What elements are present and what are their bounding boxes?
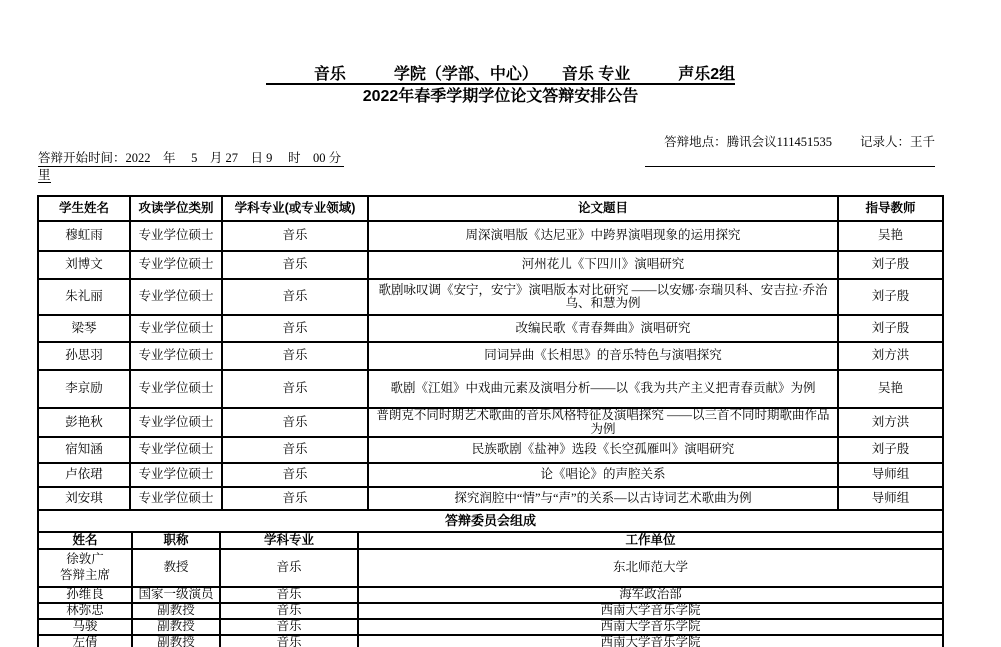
title-underlined-text: 音乐 学院（学部、中心） 音乐 专业 声乐2组 xyxy=(266,66,735,85)
col-header-member-unit: 工作单位 xyxy=(358,532,943,549)
thesis-title-cell: 民族歌剧《盐神》选段《长空孤雁叫》演唱研究 xyxy=(368,437,838,463)
thesis-title-cell: 改编民歌《青春舞曲》演唱研究 xyxy=(368,315,838,342)
student-name-cell: 刘安琪 xyxy=(38,487,130,510)
document-page: 音乐 学院（学部、中心） 音乐 专业 声乐2组 2022年春季学期学位论文答辩安… xyxy=(0,0,1001,647)
table-row: 刘安琪 专业学位硕士 音乐 探究润腔中“情”与“声”的关系—以古诗词艺术歌曲为例… xyxy=(38,487,943,510)
committee-row: 左倩 副教授 音乐 西南大学音乐学院 xyxy=(38,635,943,647)
student-name-cell: 卢依珺 xyxy=(38,463,130,487)
member-major-cell: 音乐 xyxy=(220,603,358,619)
committee-row: 马骏 副教授 音乐 西南大学音乐学院 xyxy=(38,619,943,635)
table-row: 宿知涵 专业学位硕士 音乐 民族歌剧《盐神》选段《长空孤雁叫》演唱研究 刘子殷 xyxy=(38,437,943,463)
member-unit-cell: 西南大学音乐学院 xyxy=(358,603,943,619)
member-unit-cell: 东北师范大学 xyxy=(358,549,943,587)
defense-location: 答辩地点：腾讯会议111451535 xyxy=(664,135,832,149)
table-row: 李京励 专业学位硕士 音乐 歌剧《江姐》中戏曲元素及演唱分析——以《我为共产主义… xyxy=(38,370,943,408)
col-header-degree-type: 攻读学位类别 xyxy=(130,196,222,221)
recorder-name: 记录人：王千 xyxy=(860,135,935,149)
member-title-cell: 副教授 xyxy=(132,619,220,635)
member-major-cell: 音乐 xyxy=(220,587,358,603)
degree-type-cell: 专业学位硕士 xyxy=(130,463,222,487)
defense-start-time: 答辩开始时间：2022 年 5 月 27 日 9 时 00 分 xyxy=(38,150,344,167)
student-name-cell: 宿知涵 xyxy=(38,437,130,463)
thesis-title-cell: 歌剧《江姐》中戏曲元素及演唱分析——以《我为共产主义把青春贡献》为例 xyxy=(368,370,838,408)
member-unit-cell: 海军政治部 xyxy=(358,587,943,603)
student-name-cell: 李京励 xyxy=(38,370,130,408)
major-cell: 音乐 xyxy=(222,279,368,315)
advisor-cell: 刘子殷 xyxy=(838,315,943,342)
thesis-title-cell: 普朗克不同时期艺术歌曲的音乐风格特征及演唱探究 ——以三首不同时期歌曲作品为例 xyxy=(368,408,838,437)
table-row: 穆虹雨 专业学位硕士 音乐 周深演唱版《达尼亚》中跨界演唱现象的运用探究 吴艳 xyxy=(38,221,943,251)
col-header-student-name: 学生姓名 xyxy=(38,196,130,221)
committee-banner: 答辩委员会组成 xyxy=(38,510,943,532)
advisor-cell: 吴艳 xyxy=(838,370,943,408)
recorder-wrap-line: 里 xyxy=(38,167,1001,183)
table-row: 朱礼丽 专业学位硕士 音乐 歌剧咏叹调《安宁，安宁》演唱版本对比研究 ——以安娜… xyxy=(38,279,943,315)
degree-type-cell: 专业学位硕士 xyxy=(130,221,222,251)
student-name-cell: 彭艳秋 xyxy=(38,408,130,437)
col-header-major: 学科专业(或专业领域) xyxy=(222,196,368,221)
member-major-cell: 音乐 xyxy=(220,619,358,635)
table-row: 卢依珺 专业学位硕士 音乐 论《唱论》的声腔关系 导师组 xyxy=(38,463,943,487)
student-name-cell: 朱礼丽 xyxy=(38,279,130,315)
document-title-line1: 音乐 学院（学部、中心） 音乐 专业 声乐2组 xyxy=(0,64,1001,86)
degree-type-cell: 专业学位硕士 xyxy=(130,315,222,342)
member-unit-cell: 西南大学音乐学院 xyxy=(358,619,943,635)
document-title-line2: 2022年春季学期学位论文答辩安排公告 xyxy=(0,86,1001,108)
thesis-title-cell: 周深演唱版《达尼亚》中跨界演唱现象的运用探究 xyxy=(368,221,838,251)
thesis-title-cell: 同词异曲《长相思》的音乐特色与演唱探究 xyxy=(368,342,838,370)
col-header-member-name: 姓名 xyxy=(38,532,132,549)
thesis-title-cell: 探究润腔中“情”与“声”的关系—以古诗词艺术歌曲为例 xyxy=(368,487,838,510)
table-row: 刘博文 专业学位硕士 音乐 河州花儿《下四川》演唱研究 刘子殷 xyxy=(38,251,943,279)
degree-type-cell: 专业学位硕士 xyxy=(130,251,222,279)
col-header-thesis-title: 论文题目 xyxy=(368,196,838,221)
member-name-cell: 徐敦广 答辩主席 xyxy=(38,549,132,587)
student-name-cell: 孙思羽 xyxy=(38,342,130,370)
major-cell: 音乐 xyxy=(222,408,368,437)
student-name-cell: 梁琴 xyxy=(38,315,130,342)
committee-row: 徐敦广 答辩主席 教授 音乐 东北师范大学 xyxy=(38,549,943,587)
advisor-cell: 刘子殷 xyxy=(838,437,943,463)
member-name: 徐敦广 xyxy=(42,552,128,568)
member-name-cell: 孙维良 xyxy=(38,587,132,603)
degree-type-cell: 专业学位硕士 xyxy=(130,408,222,437)
col-header-member-title: 职称 xyxy=(132,532,220,549)
major-cell: 音乐 xyxy=(222,342,368,370)
advisor-cell: 刘方洪 xyxy=(838,342,943,370)
major-cell: 音乐 xyxy=(222,487,368,510)
member-major-cell: 音乐 xyxy=(220,549,358,587)
member-major-cell: 音乐 xyxy=(220,635,358,647)
member-title-cell: 国家一级演员 xyxy=(132,587,220,603)
major-cell: 音乐 xyxy=(222,370,368,408)
member-name-cell: 马骏 xyxy=(38,619,132,635)
student-name-cell: 穆虹雨 xyxy=(38,221,130,251)
degree-type-cell: 专业学位硕士 xyxy=(130,437,222,463)
advisor-cell: 导师组 xyxy=(838,487,943,510)
col-header-advisor: 指导教师 xyxy=(838,196,943,221)
advisor-cell: 吴艳 xyxy=(838,221,943,251)
student-name-cell: 刘博文 xyxy=(38,251,130,279)
col-header-member-major: 学科专业 xyxy=(220,532,358,549)
member-role: 答辩主席 xyxy=(42,568,128,584)
table-row: 孙思羽 专业学位硕士 音乐 同词异曲《长相思》的音乐特色与演唱探究 刘方洪 xyxy=(38,342,943,370)
major-cell: 音乐 xyxy=(222,221,368,251)
advisor-cell: 刘子殷 xyxy=(838,251,943,279)
member-title-cell: 副教授 xyxy=(132,635,220,647)
degree-type-cell: 专业学位硕士 xyxy=(130,342,222,370)
degree-type-cell: 专业学位硕士 xyxy=(130,487,222,510)
committee-banner-row: 答辩委员会组成 xyxy=(38,510,943,532)
students-table: 学生姓名 攻读学位类别 学科专业(或专业领域) 论文题目 指导教师 穆虹雨 专业… xyxy=(37,195,944,533)
degree-type-cell: 专业学位硕士 xyxy=(130,370,222,408)
committee-header-row: 姓名 职称 学科专业 工作单位 xyxy=(38,532,943,549)
degree-type-cell: 专业学位硕士 xyxy=(130,279,222,315)
students-header-row: 学生姓名 攻读学位类别 学科专业(或专业领域) 论文题目 指导教师 xyxy=(38,196,943,221)
member-name-cell: 林弥忠 xyxy=(38,603,132,619)
thesis-title-cell: 歌剧咏叹调《安宁，安宁》演唱版本对比研究 ——以安娜·奈瑞贝科、安吉拉·乔治乌、… xyxy=(368,279,838,315)
thesis-title-cell: 河州花儿《下四川》演唱研究 xyxy=(368,251,838,279)
major-cell: 音乐 xyxy=(222,463,368,487)
major-cell: 音乐 xyxy=(222,437,368,463)
defense-location-recorder: 答辩地点：腾讯会议111451535记录人：王千 xyxy=(645,118,935,167)
member-title-cell: 副教授 xyxy=(132,603,220,619)
advisor-cell: 刘方洪 xyxy=(838,408,943,437)
defense-info-line: 答辩开始时间：2022 年 5 月 27 日 9 时 00 分 答辩地点：腾讯会… xyxy=(38,118,935,167)
committee-table: 姓名 职称 学科专业 工作单位 徐敦广 答辩主席 教授 音乐 东北师范大学 孙维… xyxy=(37,531,944,647)
member-unit-cell: 西南大学音乐学院 xyxy=(358,635,943,647)
recorder-wrap-char: 里 xyxy=(38,168,51,183)
member-name-cell: 左倩 xyxy=(38,635,132,647)
committee-row: 孙维良 国家一级演员 音乐 海军政治部 xyxy=(38,587,943,603)
member-title-cell: 教授 xyxy=(132,549,220,587)
table-row: 梁琴 专业学位硕士 音乐 改编民歌《青春舞曲》演唱研究 刘子殷 xyxy=(38,315,943,342)
major-cell: 音乐 xyxy=(222,315,368,342)
advisor-cell: 导师组 xyxy=(838,463,943,487)
advisor-cell: 刘子殷 xyxy=(838,279,943,315)
thesis-title-cell: 论《唱论》的声腔关系 xyxy=(368,463,838,487)
major-cell: 音乐 xyxy=(222,251,368,279)
table-row: 彭艳秋 专业学位硕士 音乐 普朗克不同时期艺术歌曲的音乐风格特征及演唱探究 ——… xyxy=(38,408,943,437)
committee-row: 林弥忠 副教授 音乐 西南大学音乐学院 xyxy=(38,603,943,619)
